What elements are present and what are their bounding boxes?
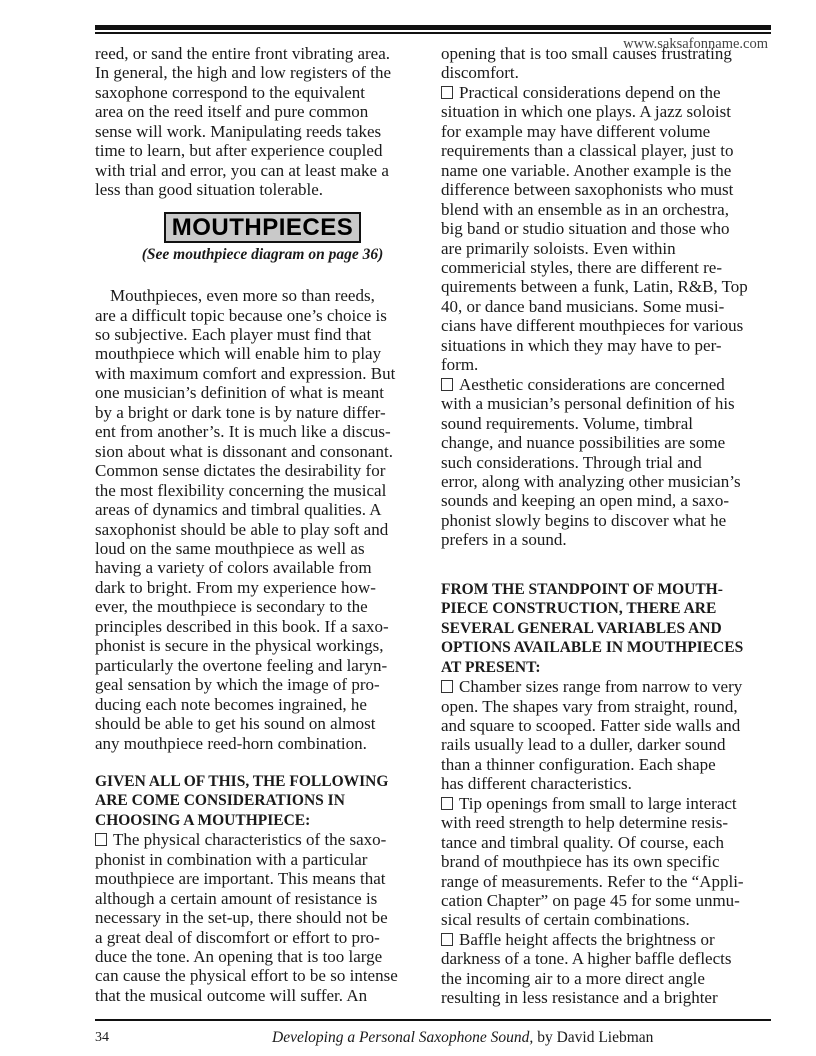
bullet-square-icon (441, 378, 453, 391)
author-credit: by David Liebman (533, 1029, 653, 1046)
considerations-heading: GIVEN ALL OF THIS, THE FOLLOWING ARE COM… (95, 772, 430, 830)
header-rule-thick (95, 25, 771, 30)
section-heading: MOUTHPIECES (164, 212, 362, 243)
footer-rule (95, 1019, 771, 1021)
bullet-square-icon (441, 797, 453, 810)
spacer (441, 550, 776, 580)
bullet-square-icon (441, 86, 453, 99)
right-column: opening that is too small causes frustra… (441, 44, 776, 1008)
bullet-physical: The physical characteristics of the saxo… (95, 830, 430, 1005)
continuation-paragraph: opening that is too small causes frustra… (441, 44, 776, 83)
construction-heading: FROM THE STANDPOINT OF MOUTH- PIECE CONS… (441, 580, 776, 677)
bullet-tip: Tip openings from small to large interac… (441, 794, 776, 930)
left-column: reed, or sand the entire front vibrating… (95, 44, 430, 1005)
mouthpieces-paragraph: Mouthpieces, even more so than reeds, ar… (95, 286, 430, 753)
bullet-baffle: Baffle height affects the brightness or … (441, 930, 776, 1008)
bullet-aesthetic: Aesthetic considerations are concerned w… (441, 375, 776, 550)
section-heading-wrap: MOUTHPIECES (95, 212, 430, 243)
spacer (95, 753, 430, 772)
bullet-square-icon (95, 833, 107, 846)
page-number: 34 (95, 1030, 109, 1046)
spacer (95, 264, 430, 286)
bullet-chamber: Chamber sizes range from narrow to very … (441, 677, 776, 794)
header-rule-thin (95, 32, 771, 34)
book-title: Developing a Personal Saxophone Sound, (272, 1029, 533, 1046)
section-subcaption: (See mouthpiece diagram on page 36) (95, 245, 430, 264)
bullet-square-icon (441, 933, 453, 946)
bullet-square-icon (441, 680, 453, 693)
bullet-practical: Practical considerations depend on the s… (441, 83, 776, 375)
running-footer: Developing a Personal Saxophone Sound, b… (272, 1029, 653, 1047)
intro-paragraph: reed, or sand the entire front vibrating… (95, 44, 430, 200)
